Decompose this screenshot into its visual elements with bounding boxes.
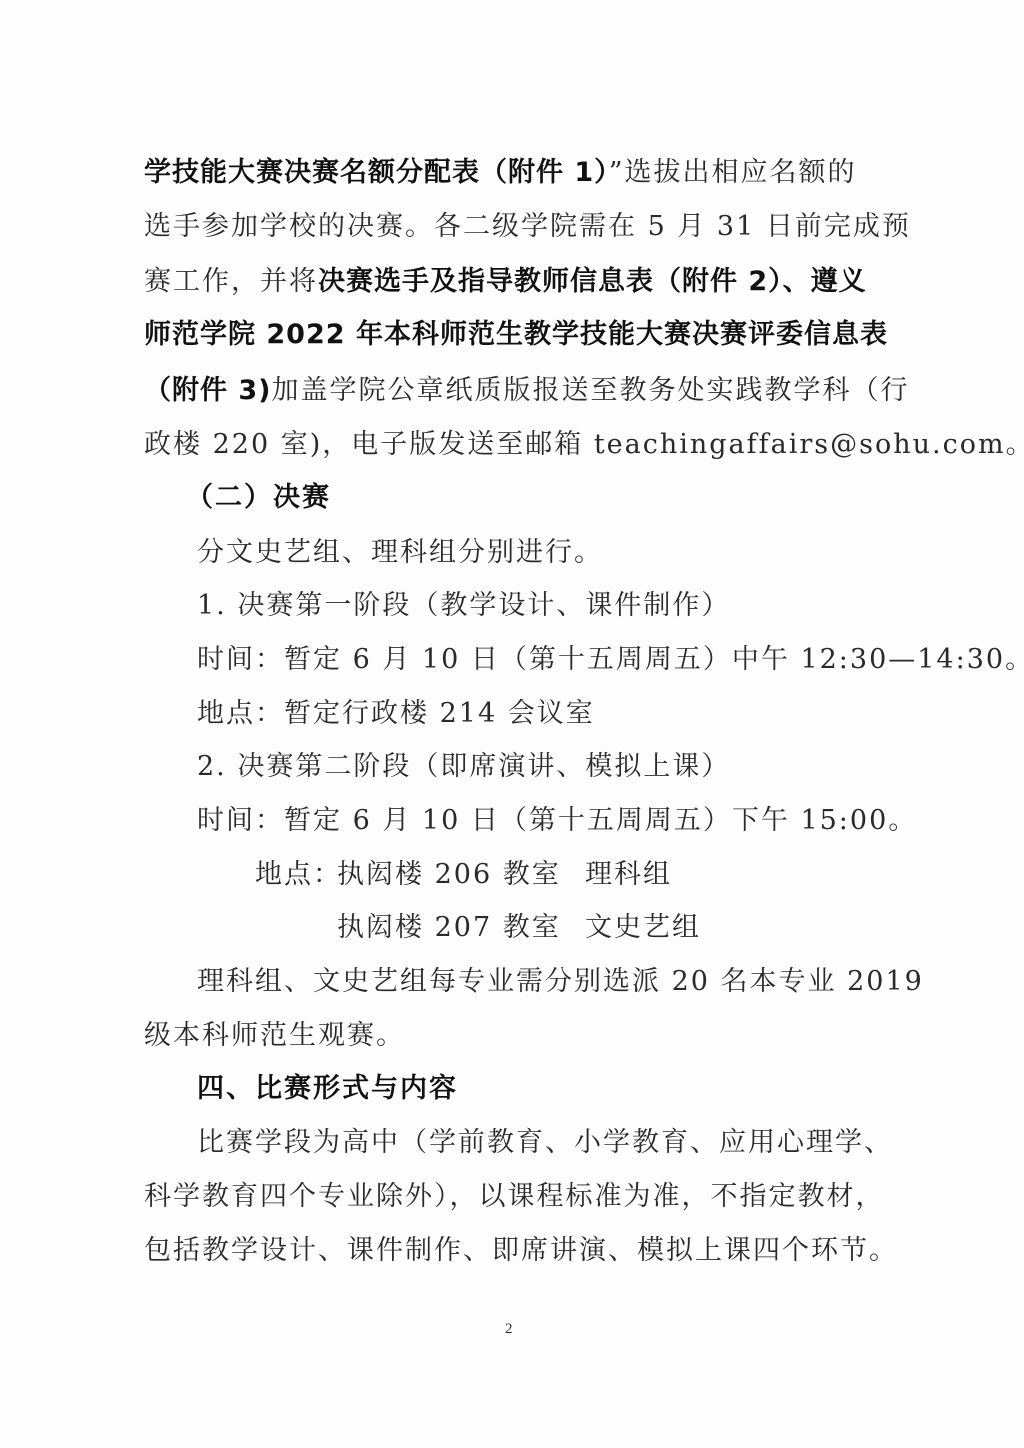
bold-text: 决赛选手及指导教师信息表（附件 2）、遵义 [318, 266, 867, 297]
final-intro: 分文史艺组、理科组分别进行。 [197, 536, 603, 570]
section-four-heading: 四、比赛形式与内容 [197, 1072, 458, 1106]
room-207: 执闳楼 207 教室 [337, 911, 561, 945]
section-four-line-3: 包括教学设计、课件制作、即席讲演、模拟上课四个环节。 [144, 1234, 898, 1268]
group-arts: 文史艺组 [585, 911, 701, 945]
text-line-3: 赛工作，并将决赛选手及指导教师信息表（附件 2）、遵义 [144, 265, 867, 299]
stage1-title: 1. 决赛第一阶段（教学设计、课件制作） [197, 589, 730, 623]
audience-line-2: 级本科师范生观赛。 [144, 1019, 405, 1053]
text-line-2: 选手参加学校的决赛。各二级学院需在 5 月 31 日前完成预 [144, 210, 911, 244]
page-number: 2 [505, 1321, 513, 1338]
text-line-1: 学技能大赛决赛名额分配表（附件 1）”选拔出相应名额的 [144, 156, 857, 190]
section-final-heading: （二）决赛 [186, 481, 331, 515]
stage2-place-label: 地点： [255, 858, 342, 892]
stage1-place: 地点：暂定行政楼 214 会议室 [197, 697, 595, 731]
text-line-4: 师范学院 2022 年本科师范生教学技能大赛决赛评委信息表 [144, 318, 888, 352]
bold-text: （附件 3) [144, 375, 272, 406]
bold-text: 学技能大赛决赛名额分配表（附件 1） [144, 157, 609, 188]
group-science: 理科组 [585, 858, 672, 892]
body-text: 选手参加学校的决赛。各二级学院需在 5 月 31 日前完成预 [144, 211, 911, 242]
audience-line-1: 理科组、文史艺组每专业需分别选派 20 名本专业 2019 [197, 965, 924, 999]
stage2-title: 2. 决赛第二阶段（即席演讲、模拟上课） [197, 750, 730, 784]
room-206: 执闳楼 206 教室 [337, 858, 561, 892]
text-line-6: 政楼 220 室)，电子版发送至邮箱 teachingaffairs@sohu.… [144, 428, 1024, 462]
section-four-line-1: 比赛学段为高中（学前教育、小学教育、应用心理学、 [197, 1126, 893, 1160]
section-four-line-2: 科学教育四个专业除外），以课程标准为准，不指定教材， [144, 1180, 885, 1214]
text-line-5: （附件 3)加盖学院公章纸质版报送至教务处实践教学科（行 [144, 374, 910, 408]
email-text: 政楼 220 室)，电子版发送至邮箱 teachingaffairs@sohu.… [144, 429, 1024, 460]
stage1-time: 时间：暂定 6 月 10 日（第十五周周五）中午 12:30—14:30。 [197, 643, 1024, 677]
body-text: 加盖学院公章纸质版报送至教务处实践教学科（行 [272, 375, 910, 406]
body-text: 赛工作，并将 [144, 266, 318, 297]
body-text: ”选拔出相应名额的 [609, 157, 857, 188]
stage2-time: 时间：暂定 6 月 10 日（第十五周周五）下午 15:00。 [197, 804, 917, 838]
bold-text: 师范学院 2022 年本科师范生教学技能大赛决赛评委信息表 [144, 319, 888, 350]
